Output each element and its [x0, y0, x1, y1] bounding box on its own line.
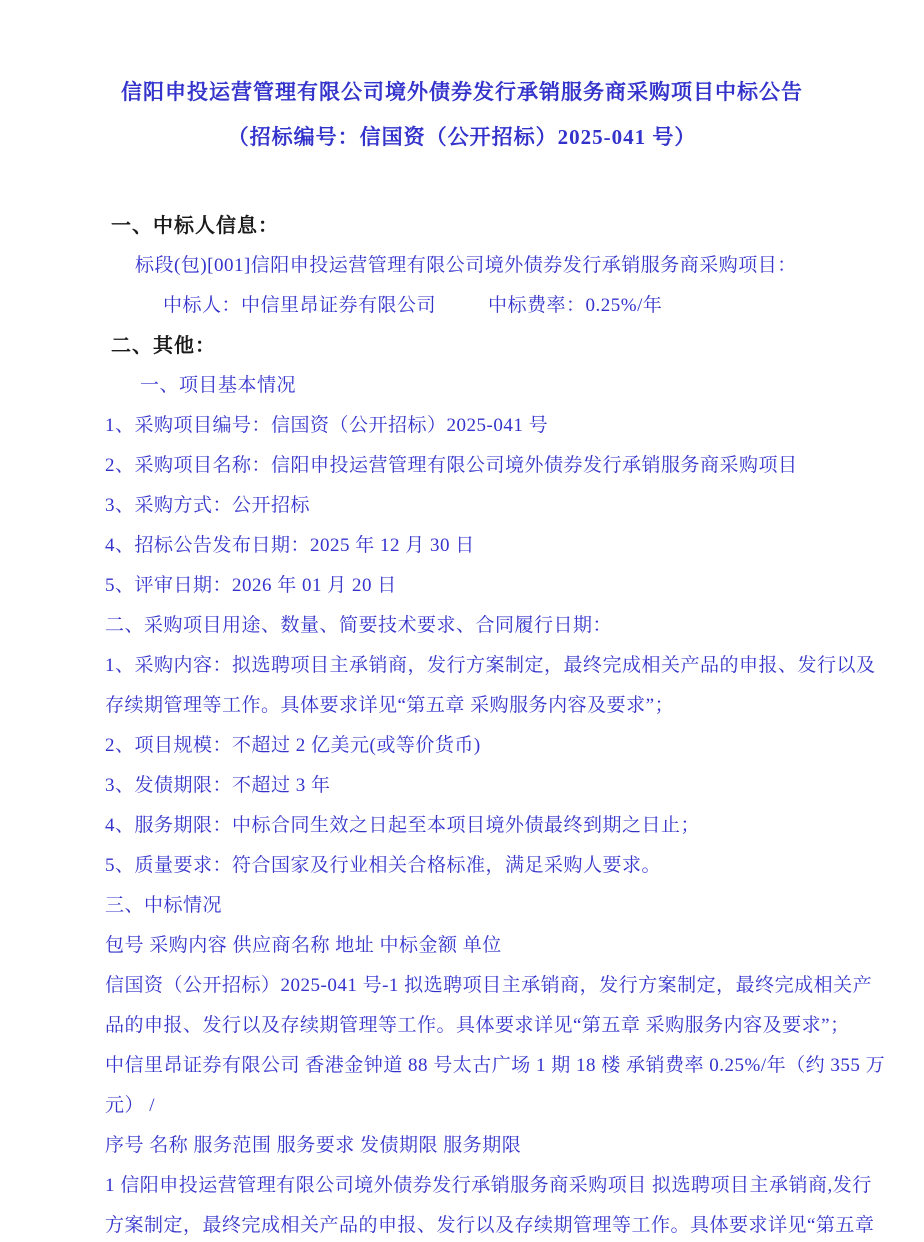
award-table-row-line-4: 元） /: [105, 1086, 906, 1126]
subheading-procurement-details: 二、采购项目用途、数量、简要技术要求、合同履行日期：: [105, 606, 906, 646]
lot-package-line: 标段(包)[001]信阳申投运营管理有限公司境外债券发行承销服务商采购项目：: [135, 246, 906, 286]
winner-row-spacer: [436, 286, 488, 326]
procurement-method-line: 3、采购方式：公开招标: [105, 486, 906, 526]
heading-other: 二、其他：: [111, 326, 906, 366]
winner-rate: 中标费率：0.25%/年: [488, 286, 662, 326]
winner-name: 中标人：中信里昂证券有限公司: [163, 286, 436, 326]
announcement-date-line: 4、招标公告发布日期：2025 年 12 月 30 日: [105, 526, 906, 566]
subheading-award-details: 三、中标情况: [105, 886, 906, 926]
winner-row: 中标人：中信里昂证券有限公司 中标费率：0.25%/年: [163, 286, 906, 326]
document-body: 一、中标人信息： 标段(包)[001]信阳申投运营管理有限公司境外债券发行承销服…: [0, 206, 924, 1242]
review-date-line: 5、评审日期：2026 年 01 月 20 日: [105, 566, 906, 606]
award-table-row-line-1: 信国资（公开招标）2025-041 号-1 拟选聘项目主承销商，发行方案制定，最…: [105, 966, 906, 1006]
service-term-line: 4、服务期限：中标合同生效之日起至本项目境外债最终到期之日止；: [105, 806, 906, 846]
document-page: 信阳申投运营管理有限公司境外债券发行承销服务商采购项目中标公告 （招标编号：信国…: [0, 0, 924, 1242]
project-scale-line: 2、项目规模：不超过 2 亿美元(或等价货币): [105, 726, 906, 766]
project-name-line: 2、采购项目名称：信阳申投运营管理有限公司境外债券发行承销服务商采购项目: [105, 446, 906, 486]
bond-term-line: 3、发债期限：不超过 3 年: [105, 766, 906, 806]
service-table-row-line-2: 方案制定，最终完成相关产品的申报、发行以及存续期管理等工作。具体要求详见“第五章: [105, 1206, 906, 1242]
award-table-row-line-3: 中信里昂证券有限公司 香港金钟道 88 号太古广场 1 期 18 楼 承销费率 …: [105, 1046, 906, 1086]
service-table-row-line-1: 1 信阳申投运营管理有限公司境外债券发行承销服务商采购项目 拟选聘项目主承销商,…: [105, 1166, 906, 1206]
procurement-content-line-1: 1、采购内容：拟选聘项目主承销商，发行方案制定，最终完成相关产品的申报、发行以及: [105, 646, 906, 686]
award-table-header: 包号 采购内容 供应商名称 地址 中标金额 单位: [105, 926, 906, 966]
quality-requirement-line: 5、质量要求：符合国家及行业相关合格标准，满足采购人要求。: [105, 846, 906, 886]
procurement-content-line-2: 存续期管理等工作。具体要求详见“第五章 采购服务内容及要求”；: [105, 686, 906, 726]
award-table-row-line-2: 品的申报、发行以及存续期管理等工作。具体要求详见“第五章 采购服务内容及要求”；: [105, 1006, 906, 1046]
document-subtitle: （招标编号：信国资（公开招标）2025-041 号）: [0, 123, 924, 151]
project-number-line: 1、采购项目编号：信国资（公开招标）2025-041 号: [105, 406, 906, 446]
heading-winner-info: 一、中标人信息：: [111, 206, 906, 246]
document-title: 信阳申投运营管理有限公司境外债券发行承销服务商采购项目中标公告: [0, 0, 924, 106]
subheading-project-basic-info: 一、项目基本情况: [140, 366, 906, 406]
service-table-header: 序号 名称 服务范围 服务要求 发债期限 服务期限: [105, 1126, 906, 1166]
